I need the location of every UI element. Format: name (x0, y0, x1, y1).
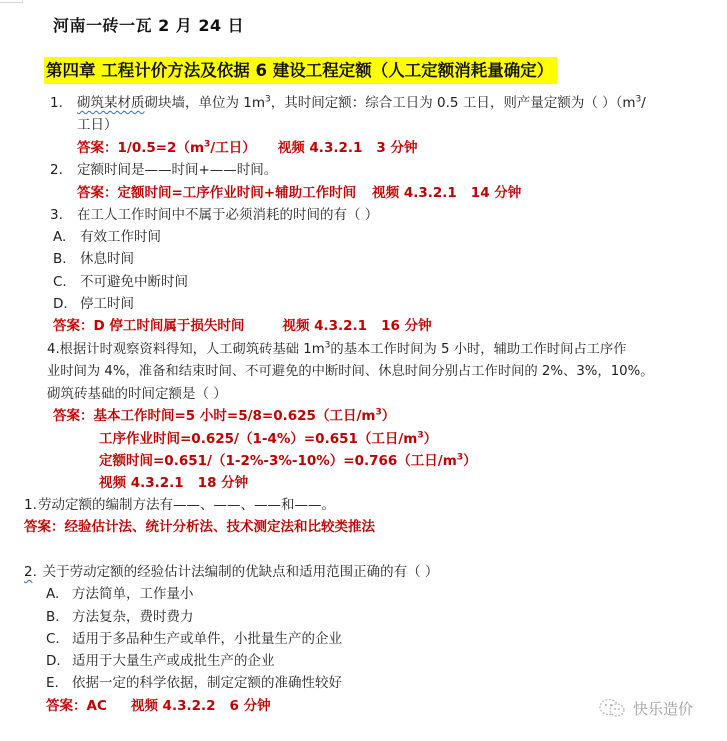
option-letter: B. (46, 607, 72, 627)
question-text: 的基本工作时间为 5 小时，辅助工作时间占工序作 (330, 342, 626, 357)
option-letter: A. (53, 227, 80, 247)
question-1-continued: 工日） (77, 115, 118, 135)
answer-label: 答案： (53, 408, 94, 424)
answer-text: 基本工作时间=5 小时=5/8=0.625（工日/m (94, 408, 376, 424)
practice-answer-2: 答案：AC视频 4.3.2.26 分钟 (46, 696, 271, 716)
answer-text: 工序作业时间=0.625/（1-4%）=0.651（工日/m (99, 431, 417, 447)
video-duration: 6 分钟 (230, 698, 271, 714)
video-duration: 3 分钟 (376, 140, 417, 156)
question-text: / (641, 95, 646, 111)
spellcheck-flagged-number[interactable]: 2 (24, 564, 33, 580)
option-letter: B. (53, 249, 80, 269)
answer-text: ） (382, 408, 396, 424)
option-d: D.停工时间 (53, 294, 134, 314)
answer-text: ） (463, 453, 477, 469)
question-4-line-2: 业时间为 4%，准备和结束时间、不可避免的中断时间、休息时间分别占工作时间的 2… (47, 362, 654, 382)
question-2: 2.定额时间是——时间+——时间。 (50, 160, 277, 180)
answer-4-line-2: 工序作业时间=0.625/（1-4%）=0.651（工日/m3） (99, 429, 437, 449)
option-c: C.不可避免中断时间 (53, 272, 188, 292)
option-e: E.依据一定的科学依据，制定定额的准确性较好 (46, 673, 342, 693)
video-duration: 16 分钟 (381, 318, 432, 334)
option-a: A.有效工作时间 (53, 227, 161, 247)
option-letter: E. (46, 673, 72, 693)
watermark-text: 快乐造价 (633, 698, 693, 719)
option-letter: D. (53, 294, 80, 314)
video-reference: 视频 4.3.2.2 (131, 698, 216, 714)
video-duration: 18 分钟 (198, 475, 249, 491)
question-text: 4.根据计时观察资料得知，人工砌筑砖基础 1m (47, 342, 325, 357)
chapter-heading-highlighted: 第四章 工程计价方法及依据 6 建设工程定额（人工定额消耗量确定） (44, 57, 557, 84)
option-text: 依据一定的科学依据，制定定额的准确性较好 (72, 675, 342, 691)
spellcheck-flagged-text[interactable]: 砌筑某材质 (77, 95, 145, 111)
option-b: B.休息时间 (53, 249, 134, 269)
question-text: 定额时间是——时间+——时间。 (77, 162, 277, 178)
question-number: 1. (24, 495, 38, 515)
answer-text: 定额时间=工序作业时间+辅助工作时间 (118, 185, 357, 201)
practice-answer-1: 答案：经验估计法、统计分析法、技术测定法和比较类推法 (24, 517, 375, 537)
watermark: 快乐造价 (597, 697, 693, 719)
option-text: 方法简单，工作量小 (72, 586, 194, 602)
question-4-line-1: 4.根据计时观察资料得知，人工砌筑砖基础 1m3的基本工作时间为 5 小时，辅助… (47, 340, 627, 360)
practice-question-2: 2.关于劳动定额的经验估计法编制的优缺点和适用范围正确的有（ ） (24, 562, 438, 582)
answer-label: 答案： (77, 140, 118, 156)
option-letter: C. (46, 629, 72, 649)
answer-label: 答案： (24, 519, 65, 535)
option-text: 停工时间 (80, 296, 134, 312)
answer-text: AC (87, 698, 107, 714)
document-title: 河南一砖一瓦 2 月 24 日 (53, 13, 244, 36)
answer-text: ） (424, 431, 438, 447)
option-letter: C. (53, 272, 80, 292)
question-number: 1. (50, 93, 77, 113)
answer-text: 经验估计法、统计分析法、技术测定法和比较类推法 (65, 519, 376, 535)
wechat-icon (597, 697, 627, 719)
answer-3: 答案：D 停工时间属于损失时间视频 4.3.2.116 分钟 (53, 316, 432, 336)
option-d: D.适用于大量生产或成批生产的企业 (46, 651, 275, 671)
option-a: A.方法简单，工作量小 (46, 584, 194, 604)
question-text: 在工人工作时间中不属于必须消耗的时间的有（ ） (77, 207, 378, 223)
question-3: 3.在工人工作时间中不属于必须消耗的时间的有（ ） (50, 205, 378, 225)
answer-text: /工日） (210, 140, 255, 156)
option-text: 适用于多品种生产或单件，小批量生产的企业 (72, 631, 342, 647)
option-letter: A. (46, 584, 72, 604)
video-reference: 视频 4.3.2.1 (282, 318, 367, 334)
answer-label: 答案： (46, 698, 87, 714)
answer-4-line-1: 答案：基本工作时间=5 小时=5/8=0.625（工日/m3） (53, 406, 395, 426)
question-text: ，其时间定额：综合工日为 0.5 工日，则产量定额为（ ）（m (271, 95, 636, 111)
answer-1: 答案：1/0.5=2（m3/工日）视频 4.3.2.13 分钟 (77, 138, 417, 158)
option-b: B.方法复杂，费时费力 (46, 607, 194, 627)
question-number: 2. (50, 160, 77, 180)
video-reference: 视频 4.3.2.1 (372, 185, 457, 201)
answer-4-video: 视频 4.3.2.118 分钟 (99, 473, 248, 493)
video-reference: 视频 4.3.2.1 (99, 475, 184, 491)
answer-label: 答案： (77, 185, 118, 201)
video-reference: 视频 4.3.2.1 (278, 140, 363, 156)
question-number: 3. (50, 205, 77, 225)
question-text: 劳动定额的编制方法有——、——、——和——。 (38, 497, 335, 513)
page-corner-mark (0, 0, 23, 3)
answer-text: 1/0.5=2（m (118, 140, 205, 156)
answer-label: 答案： (53, 318, 94, 334)
option-letter: D. (46, 651, 72, 671)
practice-question-1: 1.劳动定额的编制方法有——、——、——和——。 (24, 495, 335, 515)
answer-2: 答案：定额时间=工序作业时间+辅助工作时间视频 4.3.2.114 分钟 (77, 183, 521, 203)
answer-text: D 停工时间属于损失时间 (94, 318, 245, 334)
video-duration: 14 分钟 (471, 185, 522, 201)
question-text: 砌块墙，单位为 1m (145, 95, 266, 111)
question-text: 关于劳动定额的经验估计法编制的优缺点和适用范围正确的有（ ） (43, 564, 439, 580)
question-number-suffix: . (33, 562, 43, 582)
option-text: 休息时间 (80, 251, 134, 267)
answer-text: 定额时间=0.651/（1-2%-3%-10%）=0.766（工日/m (99, 453, 457, 469)
question-1: 1.砌筑某材质砌块墙，单位为 1m3，其时间定额：综合工日为 0.5 工日，则产… (50, 93, 646, 113)
option-text: 不可避免中断时间 (80, 274, 188, 290)
answer-4-line-3: 定额时间=0.651/（1-2%-3%-10%）=0.766（工日/m3） (99, 451, 477, 471)
question-4-line-3: 砌筑砖基础的时间定额是（ ） (47, 384, 227, 404)
option-text: 适用于大量生产或成批生产的企业 (72, 653, 275, 669)
option-c: C.适用于多品种生产或单件，小批量生产的企业 (46, 629, 342, 649)
option-text: 方法复杂，费时费力 (72, 609, 194, 625)
option-text: 有效工作时间 (80, 229, 161, 245)
